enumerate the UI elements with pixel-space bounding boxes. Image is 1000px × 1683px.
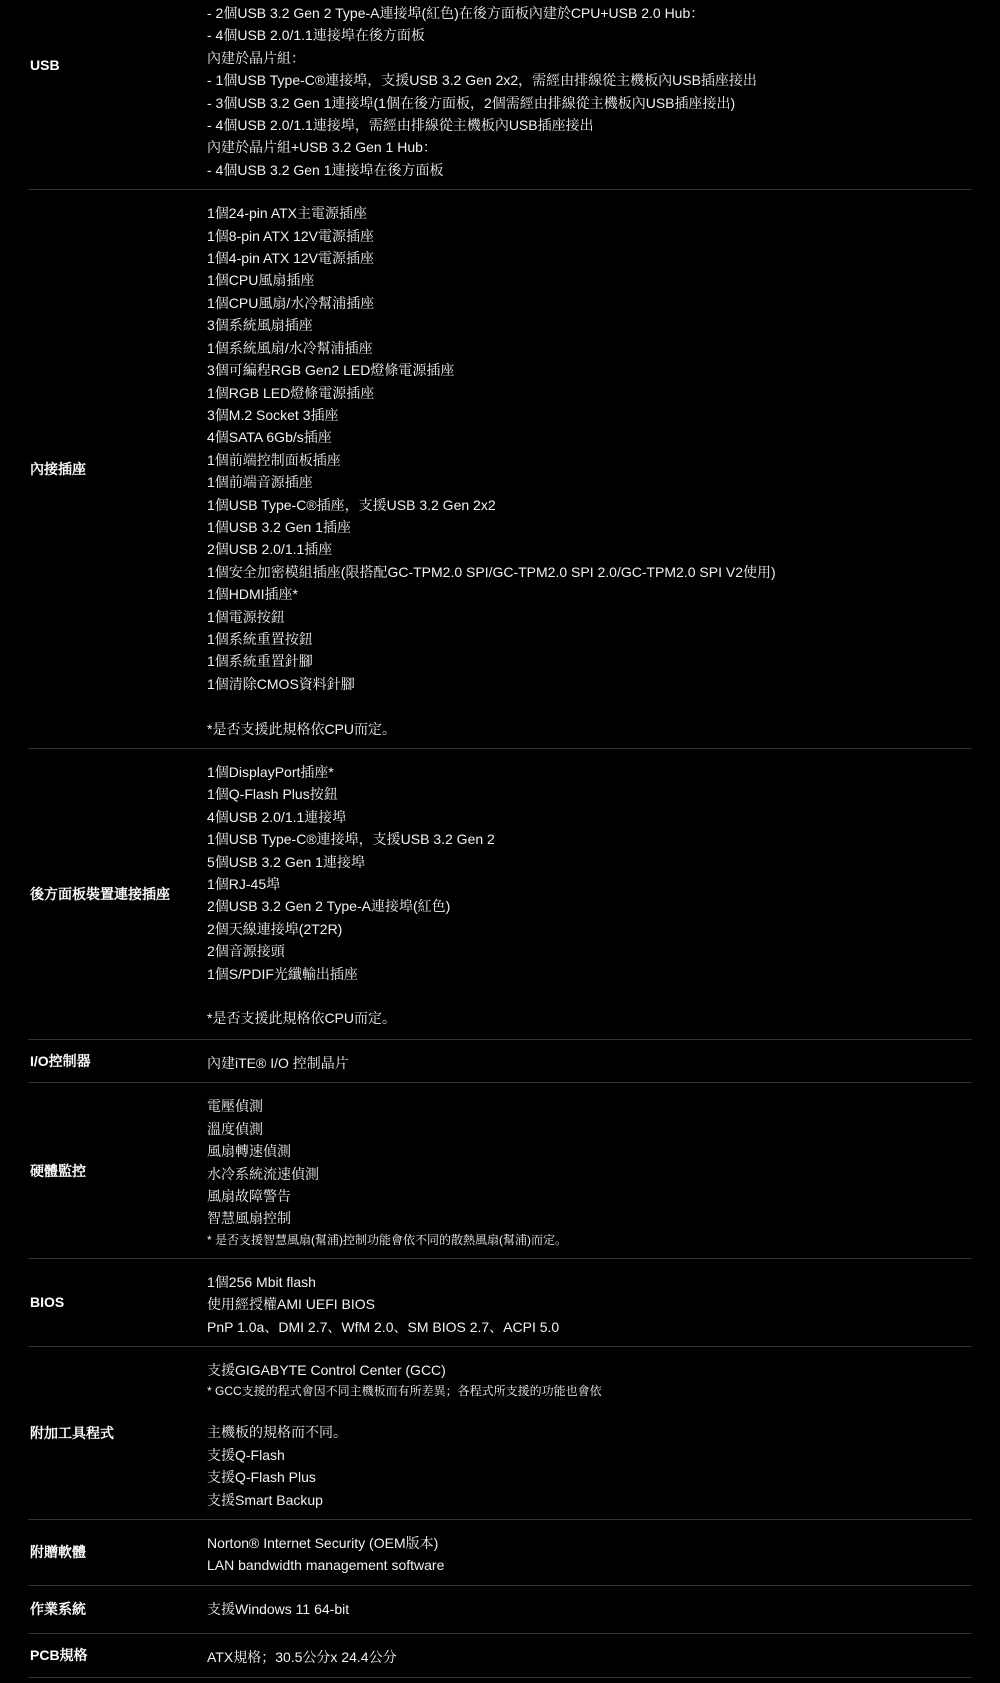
- spec-line: 5個USB 3.2 Gen 1連接埠: [207, 851, 972, 873]
- spec-row-label: 作業系統: [28, 1586, 207, 1633]
- spec-line: - 4個USB 3.2 Gen 1連接埠在後方面板: [207, 159, 972, 181]
- spec-line: 1個256 Mbit flash: [207, 1271, 972, 1293]
- spec-line: 1個系統重置按鈕: [207, 628, 972, 650]
- spec-row-content: ATX規格；30.5公分x 24.4公分: [207, 1634, 972, 1677]
- spec-line: 使用經授權AMI UEFI BIOS: [207, 1293, 972, 1315]
- spec-line: 風扇故障警告: [207, 1185, 972, 1207]
- spec-line: 支援Smart Backup: [207, 1489, 972, 1511]
- spec-line: 1個CPU風扇/水冷幫浦插座: [207, 292, 972, 314]
- spec-line: 1個系統重置針腳: [207, 650, 972, 672]
- spec-table: USB- 2個USB 3.2 Gen 2 Type-A連接埠(紅色)在後方面板內…: [28, 0, 972, 1678]
- spec-row: 硬體監控電壓偵測溫度偵測風扇轉速偵測水冷系統流速偵測風扇故障警告智慧風扇控制* …: [28, 1083, 972, 1258]
- spec-row-content: 內建iTE® I/O 控制晶片: [207, 1040, 972, 1082]
- spec-line: 1個4-pin ATX 12V電源插座: [207, 247, 972, 269]
- spec-row: I/O控制器內建iTE® I/O 控制晶片: [28, 1040, 972, 1083]
- spec-row-label: 後方面板裝置連接插座: [28, 749, 207, 1039]
- spec-line: 支援Q-Flash: [207, 1444, 972, 1466]
- spec-row-content: - 2個USB 3.2 Gen 2 Type-A連接埠(紅色)在後方面板內建於C…: [207, 0, 972, 189]
- spec-line: 1個S/PDIF光纖輸出插座: [207, 963, 972, 985]
- spec-line: 內建於晶片組+USB 3.2 Gen 1 Hub：: [207, 136, 972, 158]
- spec-line: - 3個USB 3.2 Gen 1連接埠(1個在後方面板，2個需經由排線從主機板…: [207, 92, 972, 114]
- spec-row-label: 附贈軟體: [28, 1520, 207, 1585]
- spec-line-spacer: [207, 985, 972, 1007]
- spec-row: 內接插座1個24-pin ATX主電源插座1個8-pin ATX 12V電源插座…: [28, 190, 972, 749]
- spec-line: 支援GIGABYTE Control Center (GCC): [207, 1359, 972, 1381]
- spec-row-content: Norton® Internet Security (OEM版本)LAN ban…: [207, 1520, 972, 1585]
- spec-line: 1個Q-Flash Plus按鈕: [207, 783, 972, 805]
- spec-line: 1個CPU風扇插座: [207, 269, 972, 291]
- spec-line: 1個電源按鈕: [207, 606, 972, 628]
- spec-line: *是否支援此規格依CPU而定。: [207, 1007, 972, 1029]
- spec-row-label: BIOS: [28, 1259, 207, 1346]
- spec-line: 1個系統風扇/水冷幫浦插座: [207, 337, 972, 359]
- spec-line: 1個安全加密模組插座(限搭配GC-TPM2.0 SPI/GC-TPM2.0 SP…: [207, 561, 972, 583]
- spec-row: 作業系統支援Windows 11 64-bit: [28, 1586, 972, 1634]
- spec-line: 2個USB 2.0/1.1插座: [207, 538, 972, 560]
- spec-row: PCB規格ATX規格；30.5公分x 24.4公分: [28, 1634, 972, 1678]
- spec-line: 1個HDMI插座*: [207, 583, 972, 605]
- spec-line: * GCC支援的程式會因不同主機板而有所差異；各程式所支援的功能也會依: [207, 1381, 972, 1401]
- spec-line: PnP 1.0a、DMI 2.7、WfM 2.0、SM BIOS 2.7、ACP…: [207, 1316, 972, 1338]
- spec-line: 溫度偵測: [207, 1118, 972, 1140]
- spec-line: 水冷系統流速偵測: [207, 1163, 972, 1185]
- spec-line-spacer: [207, 695, 972, 717]
- spec-line: 4個USB 2.0/1.1連接埠: [207, 806, 972, 828]
- spec-line: LAN bandwidth management software: [207, 1554, 972, 1576]
- spec-line: 智慧風扇控制: [207, 1207, 972, 1229]
- spec-line: 內建iTE® I/O 控制晶片: [207, 1052, 972, 1074]
- spec-line: 支援Windows 11 64-bit: [207, 1598, 972, 1620]
- spec-line: 內建於晶片組：: [207, 47, 972, 69]
- spec-line: Norton® Internet Security (OEM版本): [207, 1532, 972, 1554]
- spec-line: 3個可編程RGB Gen2 LED燈條電源插座: [207, 359, 972, 381]
- spec-row-content: 電壓偵測溫度偵測風扇轉速偵測水冷系統流速偵測風扇故障警告智慧風扇控制* 是否支援…: [207, 1083, 972, 1257]
- spec-line: 3個M.2 Socket 3插座: [207, 404, 972, 426]
- spec-line: 1個RGB LED燈條電源插座: [207, 382, 972, 404]
- spec-line: 1個USB 3.2 Gen 1插座: [207, 516, 972, 538]
- spec-row-label: PCB規格: [28, 1634, 207, 1677]
- spec-line: 1個DisplayPort插座*: [207, 761, 972, 783]
- spec-row-content: 1個256 Mbit flash使用經授權AMI UEFI BIOSPnP 1.…: [207, 1259, 972, 1346]
- spec-line: 1個前端控制面板插座: [207, 449, 972, 471]
- spec-line: 電壓偵測: [207, 1095, 972, 1117]
- spec-row-content: 支援Windows 11 64-bit: [207, 1586, 972, 1633]
- spec-line: - 2個USB 3.2 Gen 2 Type-A連接埠(紅色)在後方面板內建於C…: [207, 2, 972, 24]
- spec-line: 1個RJ-45埠: [207, 873, 972, 895]
- spec-line: 1個8-pin ATX 12V電源插座: [207, 225, 972, 247]
- spec-line: 2個USB 3.2 Gen 2 Type-A連接埠(紅色): [207, 895, 972, 917]
- spec-line: * 是否支援智慧風扇(幫浦)控制功能會依不同的散熱風扇(幫浦)而定。: [207, 1230, 972, 1250]
- spec-row-label: USB: [28, 0, 207, 189]
- spec-line: - 4個USB 2.0/1.1連接埠在後方面板: [207, 24, 972, 46]
- spec-row-label: 附加工具程式: [28, 1347, 207, 1519]
- spec-row-content: 1個24-pin ATX主電源插座1個8-pin ATX 12V電源插座1個4-…: [207, 190, 972, 748]
- spec-line: 1個24-pin ATX主電源插座: [207, 202, 972, 224]
- spec-line: 2個天線連接埠(2T2R): [207, 918, 972, 940]
- spec-line: 1個USB Type-C®連接埠，支援USB 3.2 Gen 2: [207, 828, 972, 850]
- spec-line: - 1個USB Type-C®連接埠，支援USB 3.2 Gen 2x2，需經由…: [207, 69, 972, 91]
- spec-line: ATX規格；30.5公分x 24.4公分: [207, 1646, 972, 1668]
- spec-line: 支援Q-Flash Plus: [207, 1466, 972, 1488]
- spec-row-content: 1個DisplayPort插座*1個Q-Flash Plus按鈕4個USB 2.…: [207, 749, 972, 1039]
- spec-line: 主機板的規格而不同。: [207, 1421, 972, 1443]
- spec-row-label: I/O控制器: [28, 1040, 207, 1082]
- spec-row: BIOS1個256 Mbit flash使用經授權AMI UEFI BIOSPn…: [28, 1259, 972, 1347]
- spec-row: 附加工具程式支援GIGABYTE Control Center (GCC)* G…: [28, 1347, 972, 1520]
- spec-row-content: 支援GIGABYTE Control Center (GCC)* GCC支援的程…: [207, 1347, 972, 1519]
- spec-line: 2個音源接頭: [207, 940, 972, 962]
- spec-row-label: 硬體監控: [28, 1083, 207, 1257]
- spec-line: 1個前端音源插座: [207, 471, 972, 493]
- spec-row: 後方面板裝置連接插座1個DisplayPort插座*1個Q-Flash Plus…: [28, 749, 972, 1040]
- spec-line: 1個清除CMOS資料針腳: [207, 673, 972, 695]
- spec-line: 風扇轉速偵測: [207, 1140, 972, 1162]
- spec-row-label: 內接插座: [28, 190, 207, 748]
- spec-line: 1個USB Type-C®插座，支援USB 3.2 Gen 2x2: [207, 494, 972, 516]
- spec-row: USB- 2個USB 3.2 Gen 2 Type-A連接埠(紅色)在後方面板內…: [28, 0, 972, 190]
- spec-row: 附贈軟體Norton® Internet Security (OEM版本)LAN…: [28, 1520, 972, 1586]
- spec-line: 4個SATA 6Gb/s插座: [207, 426, 972, 448]
- spec-line-spacer: [207, 1401, 972, 1421]
- spec-line: *是否支援此規格依CPU而定。: [207, 718, 972, 740]
- spec-line: 3個系統風扇插座: [207, 314, 972, 336]
- spec-line: - 4個USB 2.0/1.1連接埠，需經由排線從主機板內USB插座接出: [207, 114, 972, 136]
